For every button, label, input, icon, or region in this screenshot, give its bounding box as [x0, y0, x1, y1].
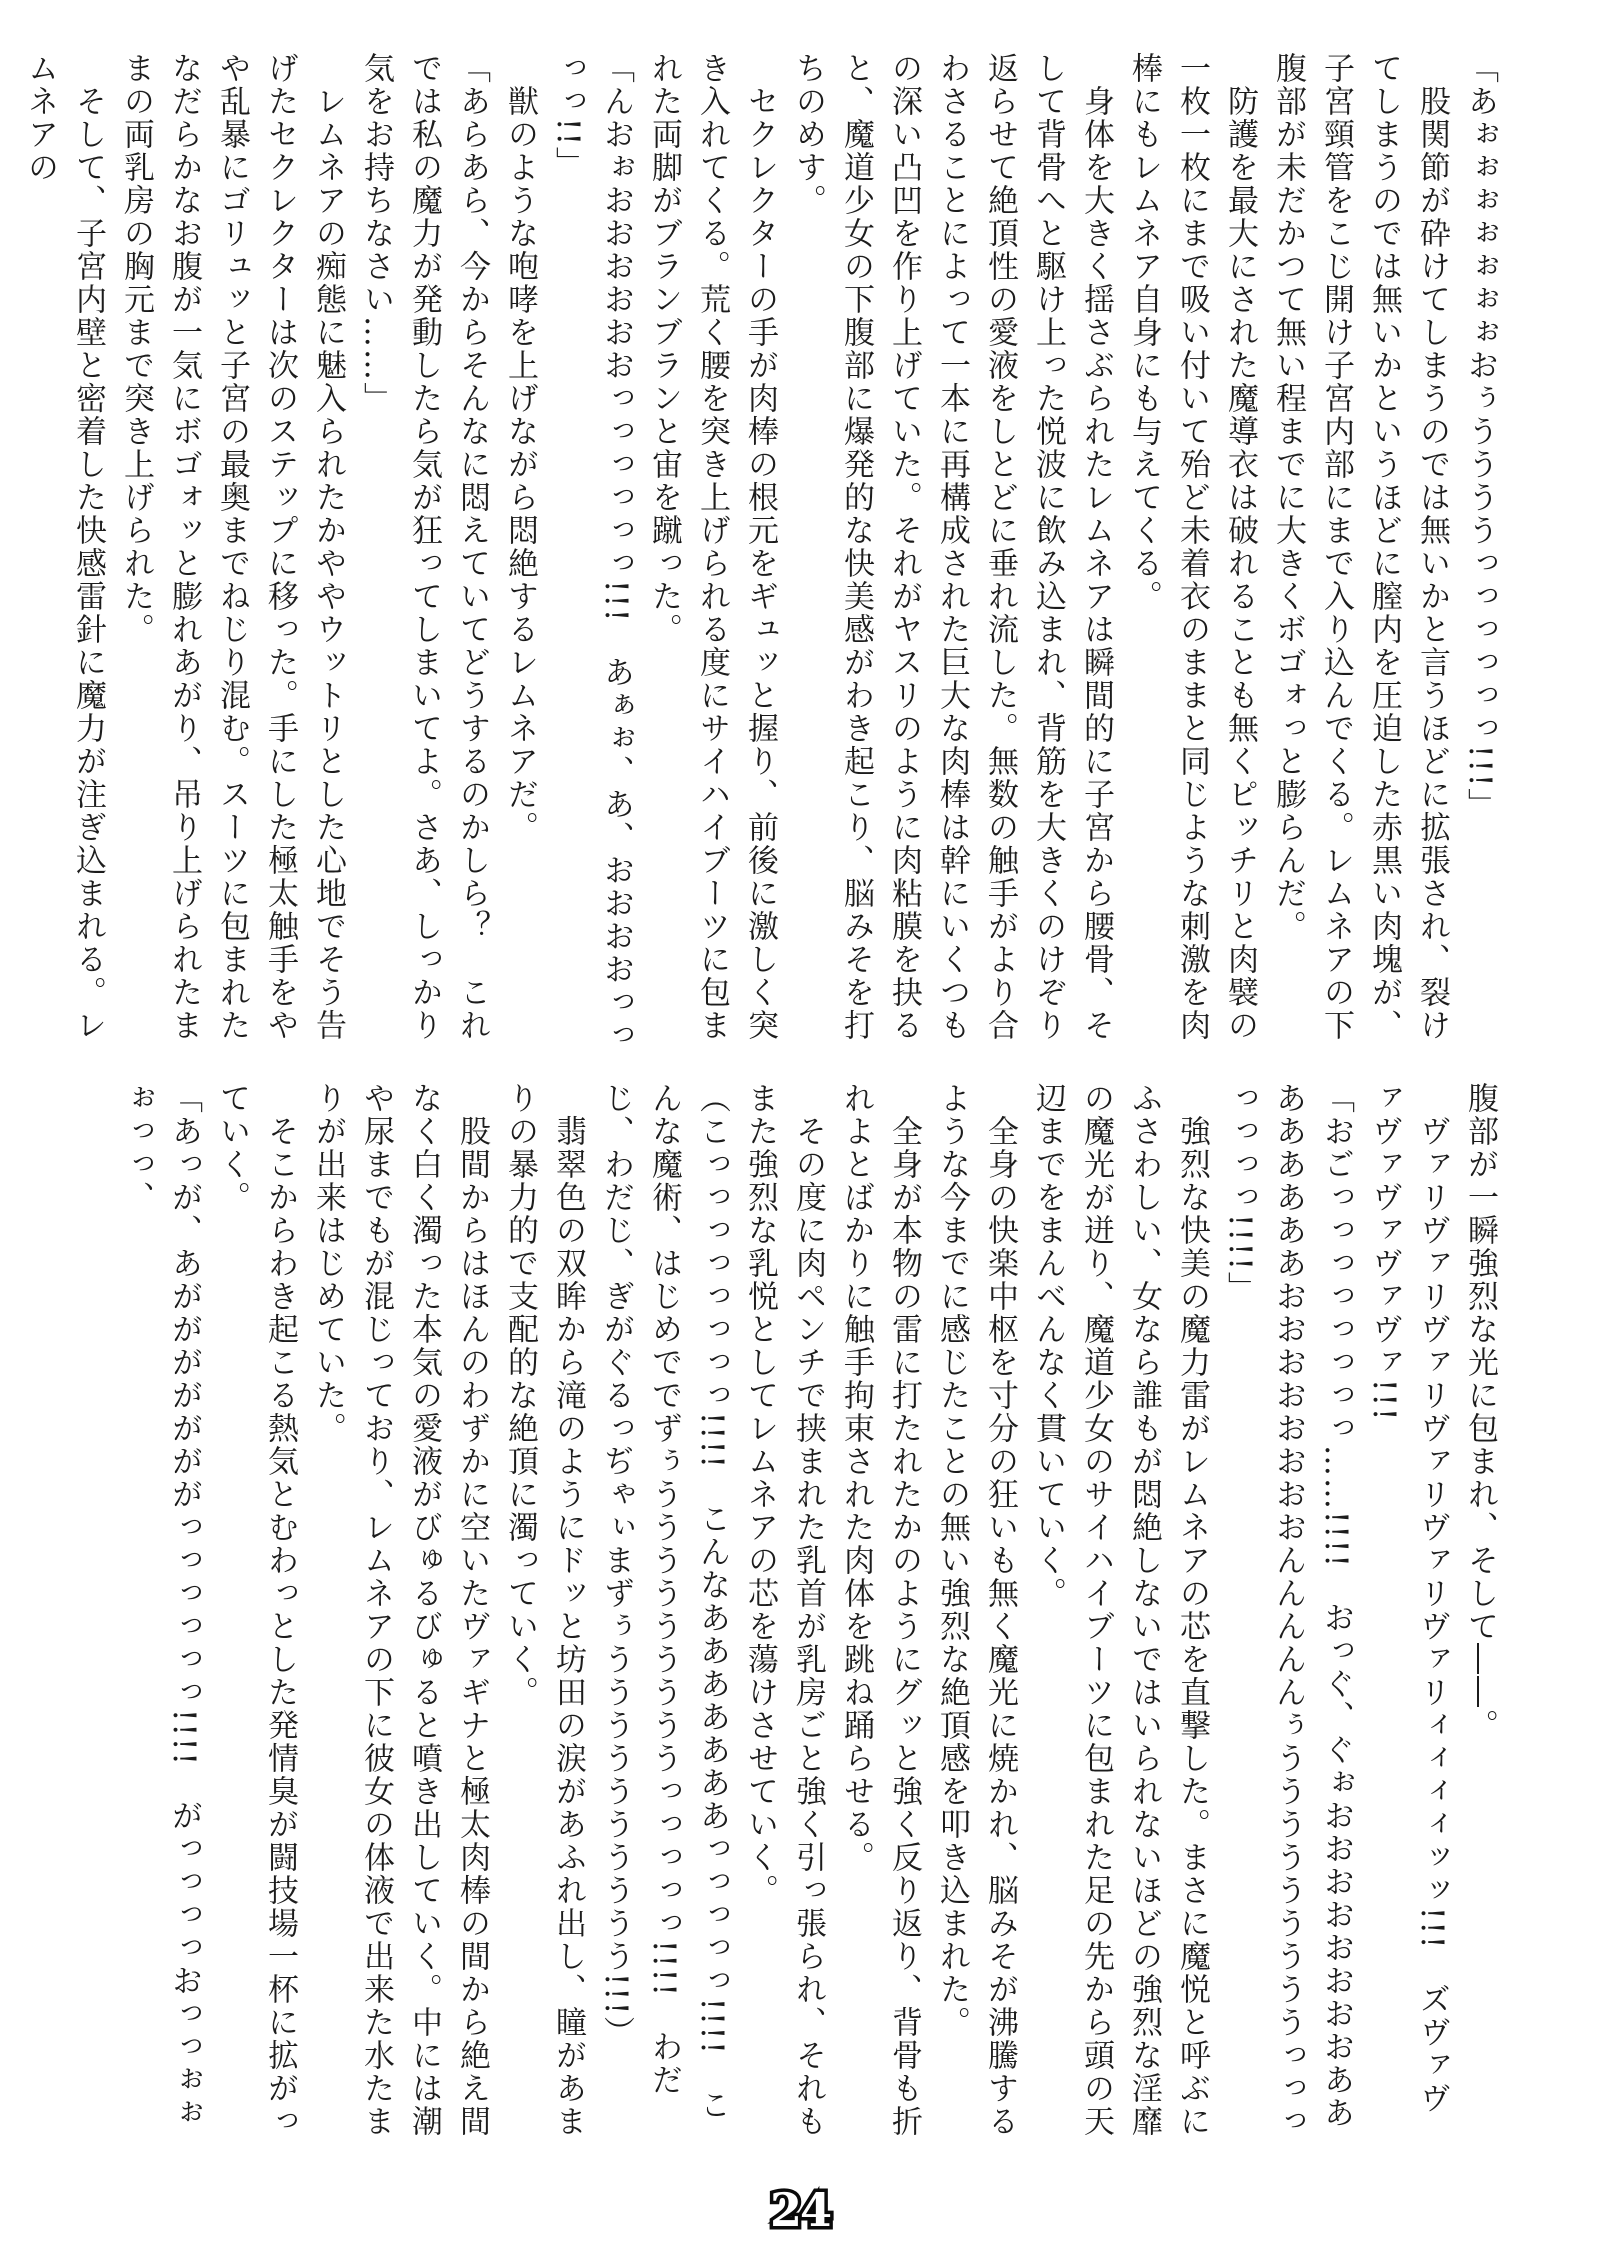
paragraph: 「あらあら、今からそんなに悶えていてどうするのかしら？ これでは私の魔力が発動し… — [352, 52, 496, 1057]
paragraph: セクレクターの手が肉棒の根元をギュッと握り、前後に激しく突き入れてくる。荒く腰を… — [640, 52, 784, 1057]
paragraph: 防護を最大にされた魔導衣は破れることも無くピッチリと肉襞の一枚一枚にまで吸い付い… — [1120, 52, 1264, 1057]
paragraph: 全身が本物の雷に打たれたかのようにグッと強く反り返り、背骨も折れよとばかりに触手… — [832, 1082, 928, 2144]
paragraph: 「あぉぉぉぉぉぉぉおぅううううっっっっっっ!!!」 — [1456, 52, 1504, 1057]
paragraph: 翡翠色の双眸から滝のようにドッと坊田の涙があふれ出し、瞳があまりの暴力的で支配的… — [496, 1082, 592, 2144]
paragraph: そして、子宮内壁と密着した快感雷針に魔力が注ぎ込まれる。レムネアの — [16, 52, 112, 1057]
paragraph: 股間からはほんのわずかに空いたヴァギナと極太肉棒の間から絶え間なく白く濁った本気… — [304, 1082, 496, 2144]
paragraph: 強烈な快美の魔力雷がレムネアの芯を直撃した。まさに魔悦と呼ぶにふさわしい、女なら… — [1024, 1082, 1216, 2144]
paragraph: 腹部が一瞬強烈な光に包まれ、そして――。 — [1456, 1082, 1504, 2144]
paragraph: ヴァリヴァリヴァリヴァリヴァリヴァリィィィィッッ!!! ズヴァヴァヴァヴァヴァヴ… — [1360, 1082, 1456, 2144]
paragraph: 「んおぉおおおおおおっっっっっっ!!! あぁぉ、あ、おおおおっっっっ!!」 — [544, 52, 640, 1057]
paragraph: 獣のような咆哮を上げながら悶絶するレムネアだ。 — [496, 52, 544, 1057]
paragraph: 全身の快楽中枢を寸分の狂いも無く魔光に焼かれ、脳みそが沸騰するような今までに感じ… — [928, 1082, 1024, 2144]
paragraph: 股関節が砕けてしまうのでは無いかと言うほどに拡張され、裂けてしまうのでは無いかと… — [1264, 52, 1456, 1057]
paragraph: そこからわき起こる熱気とむわっとした発情臭が闘技場一杯に拡がっていく。 — [208, 1082, 304, 2144]
text-block-top: 「あぉぉぉぉぉぉぉおぅううううっっっっっっ!!!」 股関節が砕けてしまうのでは無… — [104, 52, 1504, 1057]
paragraph: 「おごっっっっっっっっ……!!!! おっぐ、ぐぉおおおおおおおおああああああああ… — [1216, 1082, 1360, 2144]
paragraph: （こっっっっっっっっ!!!! こんなあああああああっっっっっ!!!! こんな魔術… — [592, 1082, 736, 2144]
paragraph: その度に肉ペンチで挟まれた乳首が乳房ごと強く引っ張られ、それもまた強烈な乳悦とし… — [736, 1082, 832, 2144]
text-block-bottom: 腹部が一瞬強烈な光に包まれ、そして――。 ヴァリヴァリヴァリヴァリヴァリヴァリィ… — [104, 1082, 1504, 2144]
novel-page: 「あぉぉぉぉぉぉぉおぅううううっっっっっっ!!!」 股関節が砕けてしまうのでは無… — [0, 0, 1600, 2259]
paragraph: レムネアの痴態に魅入られたかややウットリとした心地でそう告げたセクレクターは次の… — [112, 52, 352, 1057]
paragraph: 「あっが、あがががががががっっっっっっ!!!! がっっっっおっっぉぉぉっっ、 — [112, 1082, 208, 2144]
page-number: 24 — [770, 2183, 830, 2237]
paragraph: 身体を大きく揺さぶられたレムネアは瞬間的に子宮から腰骨、そして背骨へと駆け上った… — [784, 52, 1120, 1057]
